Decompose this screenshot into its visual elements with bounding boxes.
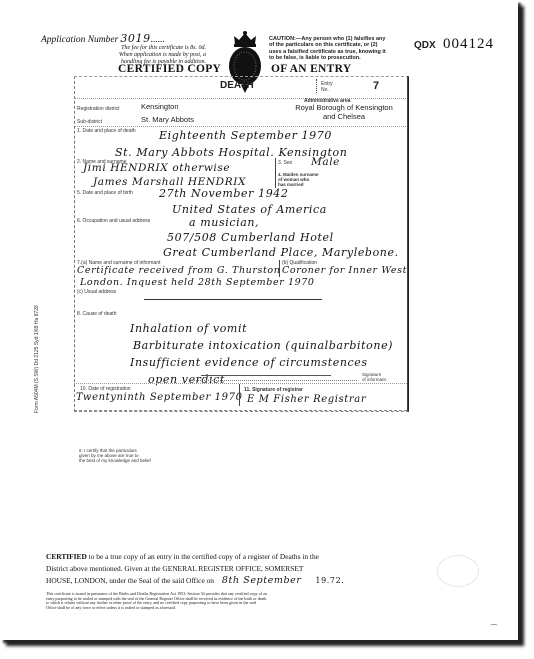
entry-label-line: No. <box>321 87 333 93</box>
certification-line-1: CERTIFIED to be a true copy of an entry … <box>46 551 344 563</box>
serial-number: 004124 <box>443 36 494 53</box>
form-title: DEATH <box>220 80 254 91</box>
caution-line: of the particulars on this certificate, … <box>269 42 386 48</box>
place-of-birth: United States of America <box>172 203 327 216</box>
field-1-label: 1. Date and place of death <box>77 128 136 134</box>
sub-district-label: Sub-district <box>77 119 102 125</box>
title-certified-copy: CERTIFIED COPY <box>118 63 221 75</box>
corner-mark: ⌒ <box>490 623 498 634</box>
admin-area: Royal Borough of Kensington and Chelsea <box>285 104 403 121</box>
seal-date: 8th September <box>222 575 302 586</box>
form-reference-side-text: Form A504M (S.SW) Dd 2125 Syd 1/69 Ha 87… <box>34 305 40 413</box>
field-11-label: 11. Signature of registrar <box>244 387 303 393</box>
fee-note-line: When application is made by post, a <box>88 52 206 59</box>
death-entry-form: DEATH Entry No. 7 Registration district … <box>74 76 409 412</box>
sex-value: Male <box>311 156 340 168</box>
occupation: a musician, <box>189 216 259 229</box>
registrar-signature: E M Fisher Registrar <box>247 394 366 405</box>
entry-no-label: Entry No. <box>321 81 333 93</box>
cause-line-1: Inhalation of vomit <box>130 322 247 335</box>
field-3-label: 3. Sex <box>278 160 292 166</box>
informant-line-2: London. Inquest held 28th September 1970 <box>80 277 315 288</box>
certification-line-2: District above mentioned. Given at the G… <box>46 563 344 575</box>
registration-district-label: Registration district <box>77 106 120 112</box>
certification-line-3: HOUSE, LONDON, under the Seal of the sai… <box>46 575 344 587</box>
caution-line: uses a falsified certificate as true, kn… <box>269 49 386 55</box>
field-7c-label: (c) Usual address <box>77 289 116 295</box>
divider <box>144 299 322 300</box>
date-of-registration: Twentyninth September 1970 <box>76 392 243 403</box>
registration-district: Kensington <box>141 102 179 111</box>
caution-line: to be false, is liable to prosecution. <box>269 55 386 61</box>
sub-district: St. Mary Abbots <box>141 115 194 124</box>
field-5-label: 5. Date and place of birth <box>77 190 133 196</box>
serial-prefix: QDX <box>414 40 436 51</box>
caution-note: CAUTION:—Any person who (1) falsifies an… <box>269 36 386 61</box>
embossed-seal <box>437 555 479 587</box>
field-9-label-line: the best of my knowledge and belief <box>79 458 151 463</box>
informant-line-1: Certificate received from G. Thurston <box>77 265 280 276</box>
entry-number: 7 <box>373 80 379 92</box>
application-dots: ...... <box>151 35 165 45</box>
certified-bold: CERTIFIED <box>46 552 87 561</box>
fine-print: This certificate is issued in pursuance … <box>46 592 267 610</box>
application-label: Application Number <box>41 35 118 45</box>
name-line-1: Jimi HENDRIX otherwise <box>83 162 230 174</box>
fee-note-line: The fee for this certificate is 8s. 0d. <box>88 45 206 52</box>
application-number-row: Application Number3019...... <box>41 32 165 45</box>
title-of-an-entry: OF AN ENTRY <box>271 63 351 75</box>
signature-of-informant-label: Signature of informant <box>362 372 386 382</box>
field-8-label: 8. Cause of death <box>77 311 116 317</box>
informant-dotted-line <box>192 380 357 381</box>
cause-line-2: Barbiturate intoxication (quinalbarbiton… <box>133 339 393 352</box>
field-4-label: 4. Maiden surname of woman who has marri… <box>278 172 319 187</box>
usual-address-line-2: Great Cumberland Place, Marylebone. <box>163 246 399 259</box>
qualification: Coroner for Inner West <box>282 265 407 276</box>
usual-address-line-1: 507/508 Cumberland Hotel <box>167 231 334 244</box>
field-9-label: 9. I certify that the particulars given … <box>79 448 151 463</box>
admin-area-line: and Chelsea <box>285 113 403 122</box>
sig-label-line: of informant <box>362 377 386 382</box>
informant-signature-line <box>201 375 331 376</box>
date-of-birth: 27th November 1942 <box>159 187 289 200</box>
seal-year: 19.72. <box>315 576 344 585</box>
date-of-death: Eighteenth September 1970 <box>159 129 332 142</box>
fine-print-line: Office shall be of any force or effect u… <box>46 606 267 611</box>
certified-text-3: HOUSE, LONDON, under the Seal of the sai… <box>46 576 214 585</box>
certification-statement: CERTIFIED to be a true copy of an entry … <box>46 551 344 587</box>
field-6-label: 6. Occupation and usual address <box>77 218 150 224</box>
death-certificate-page: Application Number3019...... The fee for… <box>0 0 518 640</box>
certified-text: to be a true copy of an entry in the cer… <box>87 552 319 561</box>
application-number: 3019 <box>120 32 150 45</box>
cause-line-3: Insufficient evidence of circumstences <box>130 356 368 369</box>
